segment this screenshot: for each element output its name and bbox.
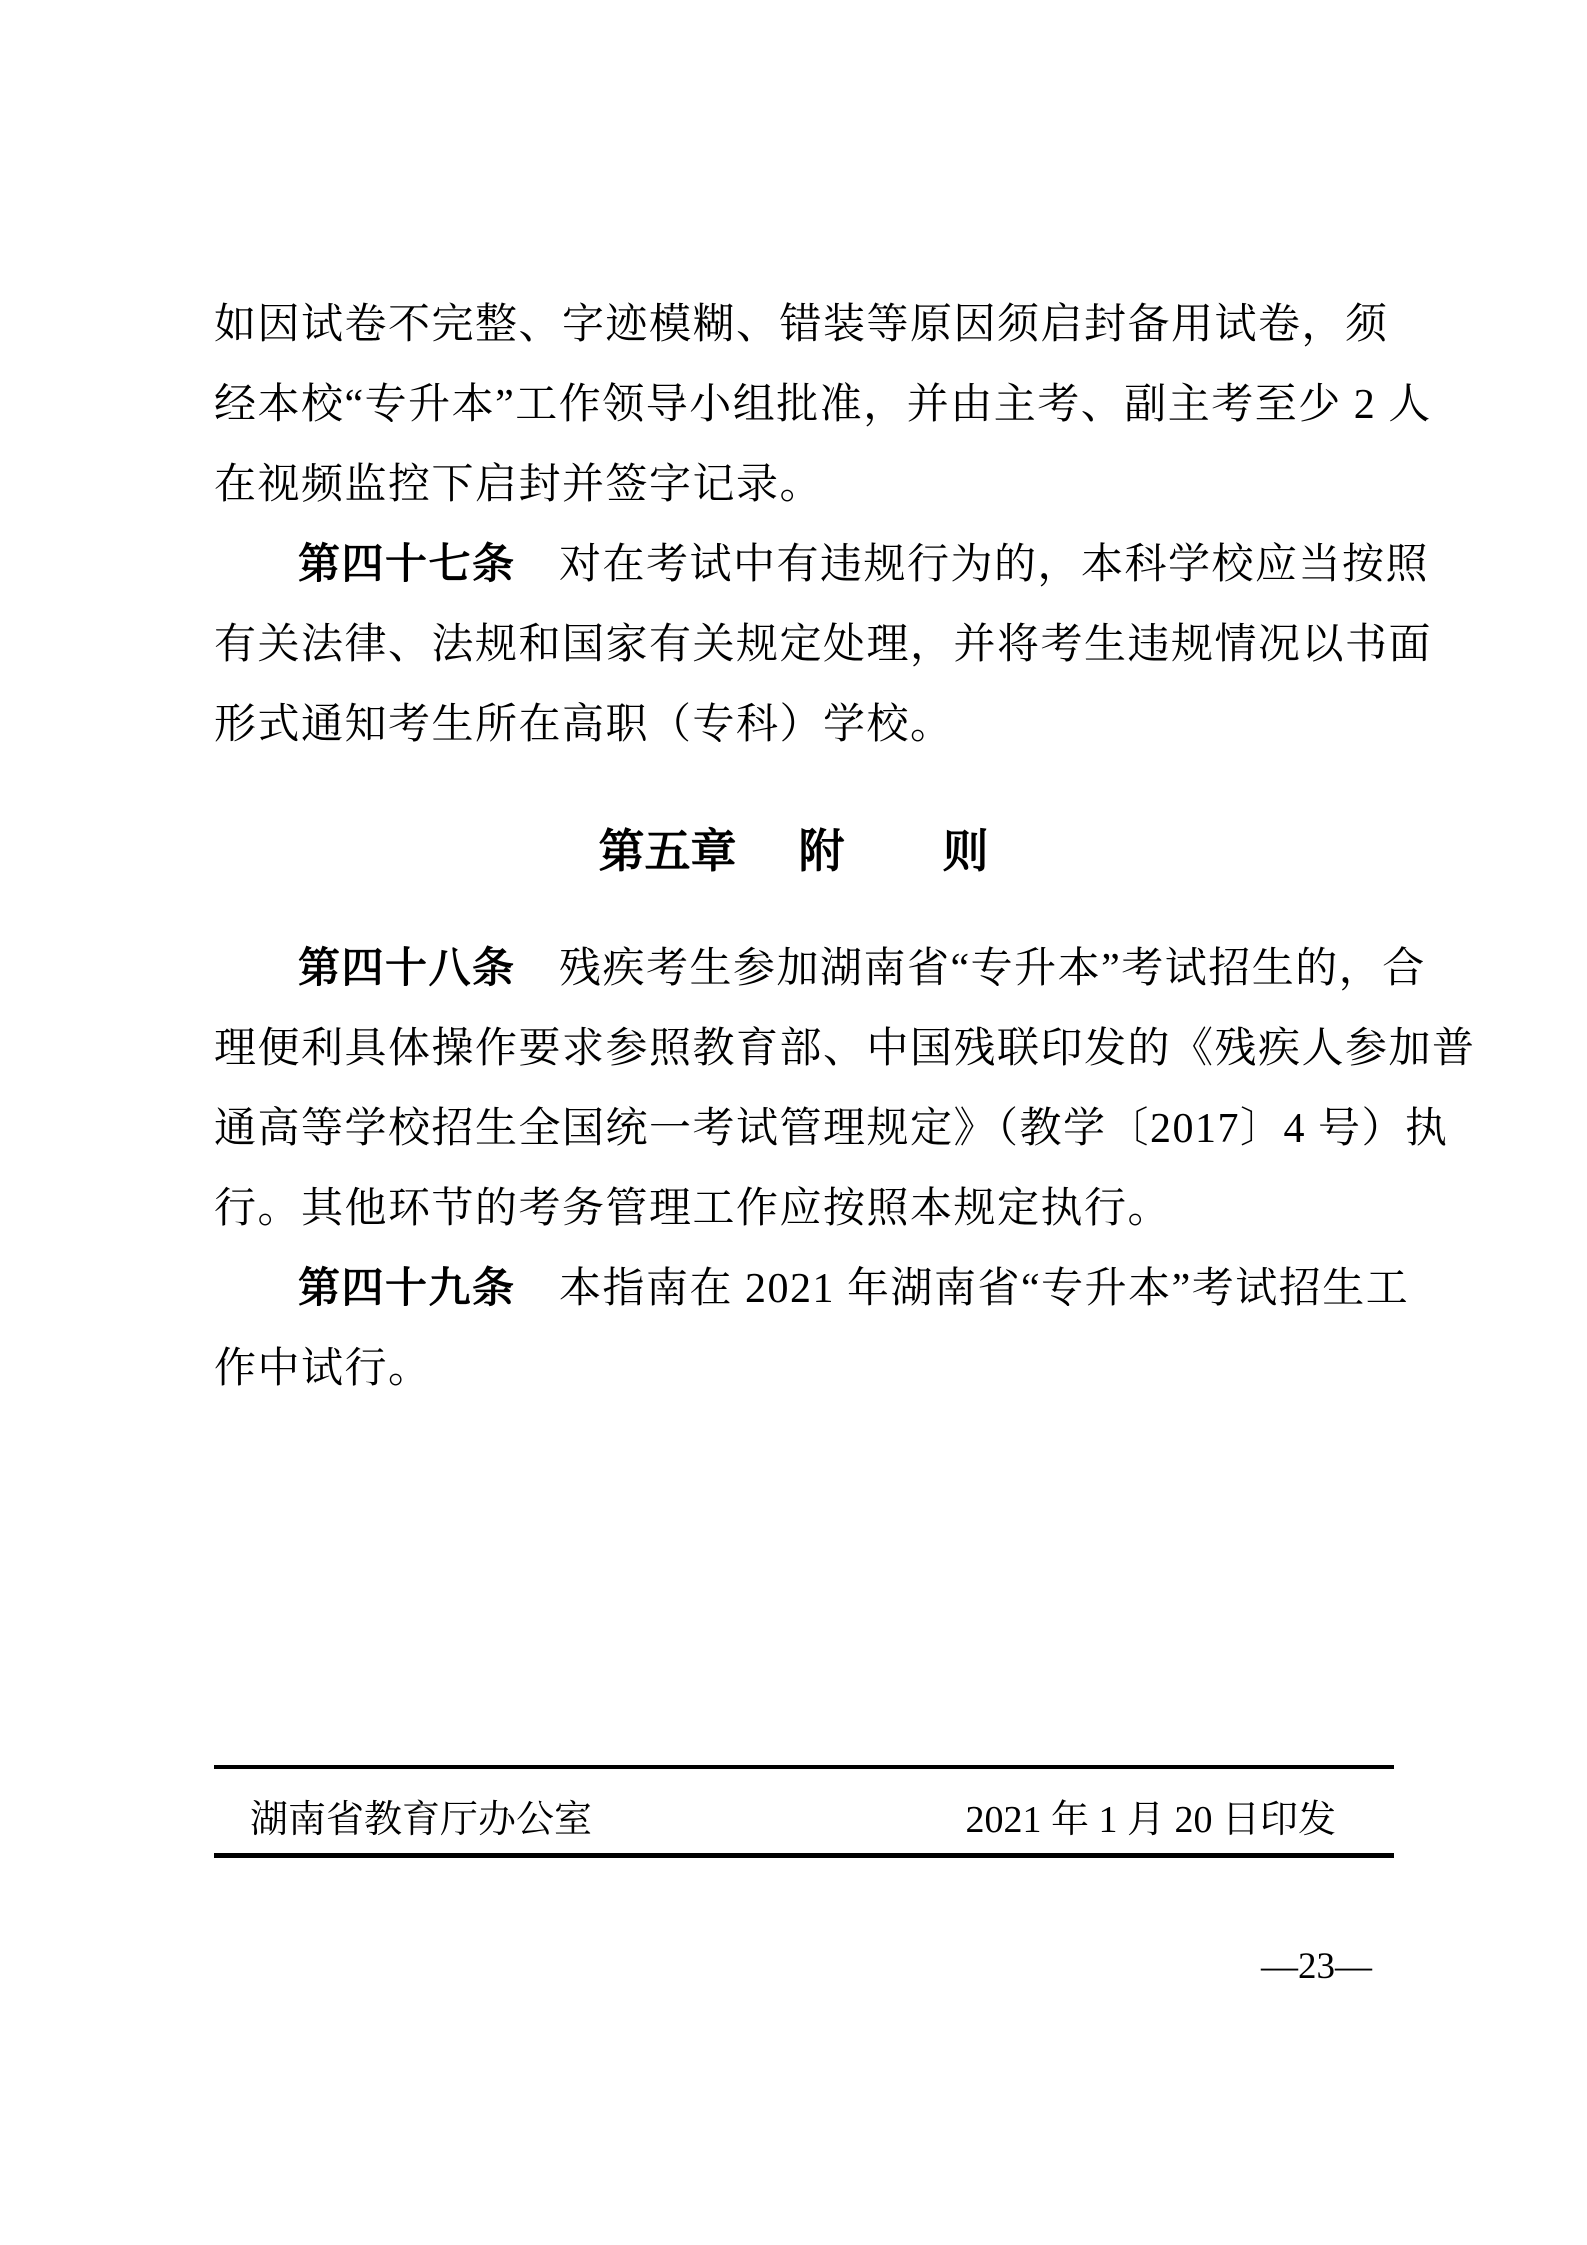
- line-text: 残疾考生参加湖南省“专升本”考试招生的，合: [516, 946, 1426, 992]
- body-line: 行。其他环节的考务管理工作应按照本规定执行。: [214, 1168, 1404, 1248]
- article-number: 第四十九条: [298, 1264, 516, 1311]
- chapter-title-part: 则: [943, 825, 989, 877]
- article-number: 第四十七条: [298, 540, 516, 587]
- body-line: 如因试卷不完整、字迹模糊、错装等原因须启封备用试卷，须: [214, 284, 1404, 364]
- body-line: 通高等学校招生全国统一考试管理规定》（教学〔2017〕4 号）执: [214, 1088, 1404, 1168]
- document-page: 如因试卷不完整、字迹模糊、错装等原因须启封备用试卷，须 经本校“专升本”工作领导…: [0, 0, 1587, 2245]
- line-text: 有关法律、法规和国家有关规定处理，并将考生违规情况以书面: [214, 622, 1432, 668]
- chapter-title-part: 附: [799, 825, 845, 877]
- line-text: 通高等学校招生全国统一考试管理规定》（教学〔2017〕4 号）执: [214, 1106, 1449, 1152]
- line-text: 形式通知考生所在高职（专科）学校。: [214, 702, 954, 748]
- footer: 湖南省教育厅办公室 2021 年 1 月 20 日印发: [214, 1790, 1394, 1850]
- line-text: 本指南在 2021 年湖南省“专升本”考试招生工: [516, 1266, 1410, 1312]
- chapter-number: 第五章: [599, 825, 737, 877]
- line-text: 在视频监控下启封并签字记录。: [214, 462, 823, 508]
- body-line: 第四十七条 对在考试中有违规行为的，本科学校应当按照: [214, 524, 1404, 604]
- body-line: 作中试行。: [214, 1328, 1404, 1408]
- page-number: —23—: [1261, 1947, 1372, 1987]
- body-line: 经本校“专升本”工作领导小组批准，并由主考、副主考至少 2 人: [214, 364, 1404, 444]
- line-text: 对在考试中有违规行为的，本科学校应当按照: [516, 542, 1430, 588]
- body-line: 在视频监控下启封并签字记录。: [214, 444, 1404, 524]
- paragraph-block-2: 第四十八条 残疾考生参加湖南省“专升本”考试招生的，合 理便利具体操作要求参照教…: [214, 928, 1404, 1408]
- line-text: 理便利具体操作要求参照教育部、中国残联印发的《残疾人参加普: [214, 1026, 1476, 1072]
- body-line: 第四十八条 残疾考生参加湖南省“专升本”考试招生的，合: [214, 928, 1404, 1008]
- issuing-office: 湖南省教育厅办公室: [250, 1790, 592, 1850]
- chapter-heading: 第五章附则: [0, 811, 1587, 891]
- body-line: 有关法律、法规和国家有关规定处理，并将考生违规情况以书面: [214, 604, 1404, 684]
- paragraph-block-1: 如因试卷不完整、字迹模糊、错装等原因须启封备用试卷，须 经本校“专升本”工作领导…: [214, 284, 1404, 764]
- line-text: 行。其他环节的考务管理工作应按照本规定执行。: [214, 1186, 1171, 1232]
- line-text: 作中试行。: [214, 1346, 432, 1392]
- body-line: 第四十九条 本指南在 2021 年湖南省“专升本”考试招生工: [214, 1248, 1404, 1328]
- body-line: 形式通知考生所在高职（专科）学校。: [214, 684, 1404, 764]
- body-line: 理便利具体操作要求参照教育部、中国残联印发的《残疾人参加普: [214, 1008, 1404, 1088]
- footer-rule-top: [214, 1765, 1394, 1769]
- print-date: 2021 年 1 月 20 日印发: [965, 1790, 1336, 1850]
- line-text: 经本校“专升本”工作领导小组批准，并由主考、副主考至少 2 人: [214, 382, 1432, 428]
- article-number: 第四十八条: [298, 944, 516, 991]
- line-text: 如因试卷不完整、字迹模糊、错装等原因须启封备用试卷，须: [214, 302, 1389, 348]
- footer-rule-bottom: [214, 1853, 1394, 1858]
